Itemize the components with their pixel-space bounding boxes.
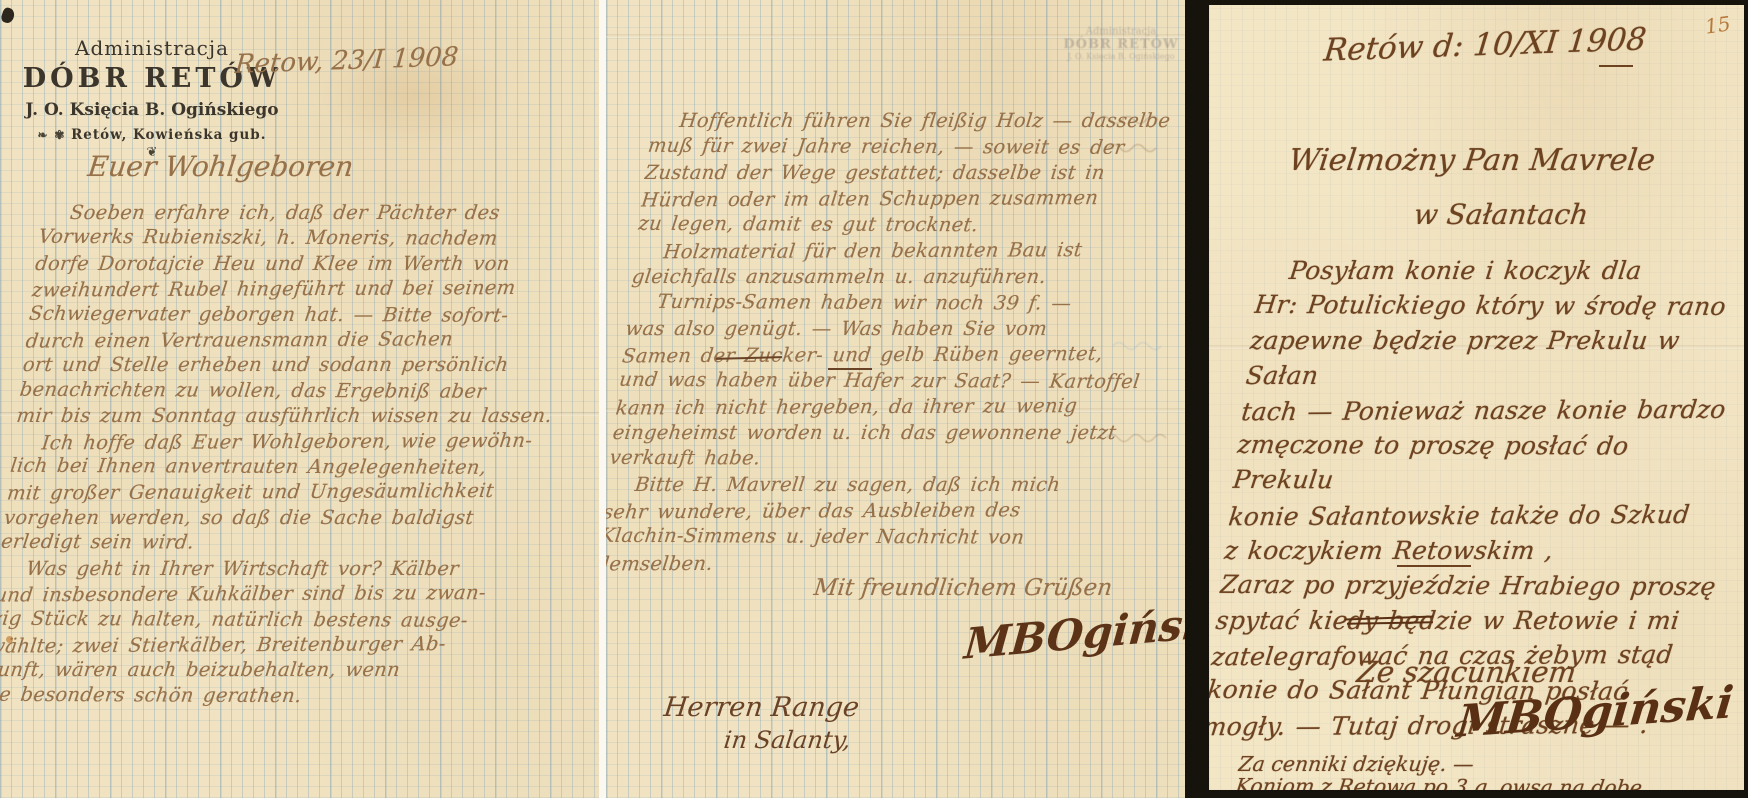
handwritten-line: dorfe Dorotajcie Heu und Klee im Werth v… bbox=[34, 251, 599, 276]
letterhead-address: Retów, Kowieńska gub. bbox=[71, 127, 266, 143]
pencil-page-number: 15 bbox=[1703, 11, 1732, 38]
addressee-place: w Sałantach bbox=[1412, 198, 1590, 231]
handwritten-line: Hürden oder im alten Schuppen zusammen bbox=[640, 185, 1185, 214]
page-right-scan-frame: 15 Retów d: 10/XI 1908 Wielmożny Pan Mav… bbox=[1185, 0, 1748, 798]
letterhead-owner-name: J. O. Księcia B. Ogińskiego bbox=[22, 100, 282, 120]
underline-mark bbox=[1599, 65, 1633, 67]
closing-line: Ze szacunkiem bbox=[1355, 655, 1578, 689]
page-right-letter: 15 Retów d: 10/XI 1908 Wielmożny Pan Mav… bbox=[1209, 5, 1744, 790]
handwritten-line: kunft, wären auch beizubehalten, wenn bbox=[0, 657, 572, 682]
handwritten-line: und was haben über Hafer zur Saat? — Kar… bbox=[618, 367, 1179, 395]
handwritten-line: Vorwerks Rubieniszki, h. Moneris, nachde… bbox=[37, 224, 599, 252]
letter-body: Soeben erfahre ich, daß der Pächter desV… bbox=[0, 200, 599, 708]
addressee-name: Wielmożny Pan Mavrele bbox=[1287, 143, 1657, 178]
handwritten-line: konie Sałantowskie także do Szkud bbox=[1227, 497, 1731, 535]
signature: MBOgiński bbox=[962, 596, 1185, 669]
postscript-line: Koniom z Retowa po 3 g. owsa na dobę bbox=[1234, 775, 1727, 790]
handwritten-line: ort und Stelle erheben und sodann persön… bbox=[21, 352, 599, 377]
handwritten-line: lich bei Ihnen anvertrauten Angelegenhei… bbox=[9, 453, 597, 481]
date-line: Retów d: 10/XI 1908 bbox=[1322, 21, 1648, 68]
letterhead-address-row: ❧ ✾ Retów, Kowieńska gub. bbox=[22, 127, 282, 143]
handwritten-line: Bitte H. Mavrell zu sagen, daß ich mich bbox=[606, 472, 1166, 498]
handwritten-line: gleichfalls anzusammeln u. anzuführen. bbox=[630, 264, 1185, 290]
closing-line: Mit freundlichem Grüßen bbox=[812, 575, 1113, 601]
handwritten-line: Zaraz po przyjeździe Hrabiego proszę bbox=[1218, 567, 1722, 604]
postscript-line: Za cenniki dziękuję. — bbox=[1237, 753, 1730, 776]
ghost-line: DÓBR RETÓW bbox=[1058, 37, 1184, 52]
handwritten-line: zapewne będzie przez Prekulu w Sałan bbox=[1244, 323, 1744, 393]
ornament-flourish-mid: ✾ bbox=[54, 128, 65, 142]
handwritten-line: zweihundert Rubel hingeführt und bei sei… bbox=[31, 275, 599, 303]
handwritten-line: Klachin-Simmens u. jeder Nachricht von bbox=[606, 523, 1160, 551]
handwritten-line: Was geht in Ihrer Wirtschaft vor? Kälber bbox=[0, 556, 585, 581]
date-line: Retow, 23/I 1908 bbox=[234, 42, 460, 80]
handwritten-line: Hoffentlich führen Sie fleißig Holz — da… bbox=[650, 108, 1185, 134]
ghost-line: Administracja bbox=[1058, 26, 1184, 37]
postscript: Za cenniki dziękuję. —Koniom z Retowa po… bbox=[1234, 753, 1730, 790]
handwritten-line: zmęczone to proszę posłać do Prekulu bbox=[1231, 427, 1740, 499]
handwritten-line: durch einen Vertrauensmann die Sachen bbox=[24, 325, 599, 353]
handwritten-line: zu legen, damit es gut trocknet. bbox=[637, 211, 1185, 239]
handwritten-line: Ich hoffe daß Euer Wohlgeboren, wie gewö… bbox=[12, 427, 599, 455]
handwritten-line: sie besonders schön gerathen. bbox=[0, 681, 569, 709]
handwritten-line: mir bis zum Sonntag ausführlich wissen z… bbox=[15, 403, 599, 428]
letter-body: Hoffentlich führen Sie fleißig Holz — da… bbox=[606, 108, 1185, 576]
handwritten-line: verkauft habe. bbox=[608, 445, 1169, 473]
handwritten-line: spytać kiedy będzie w Retowie i mi bbox=[1214, 603, 1718, 638]
handwritten-line: eingeheimst worden u. ich das gewonnene … bbox=[611, 420, 1172, 446]
handwritten-line: Zustand der Wege gestattet; dasselbe ist… bbox=[643, 160, 1185, 186]
handwritten-line: Schwiegervater geborgen hat. — Bitte sof… bbox=[28, 300, 599, 328]
ghost-line: J. O. Księcia B. Ogińskiego bbox=[1058, 52, 1184, 61]
handwritten-line: demselben. bbox=[606, 549, 1157, 578]
ornament-flourish-left: ❧ bbox=[38, 128, 49, 142]
handwritten-line: und insbesondere Kuhkälber sind bis zu z… bbox=[0, 580, 582, 608]
handwritten-line: mit großer Genauigkeit und Ungesäumlichk… bbox=[6, 478, 594, 506]
handwritten-line: tach — Ponieważ nasze konie bardzo bbox=[1240, 392, 1744, 430]
letters-scan: Administracja DÓBR RETÓW J. O. Księcia B… bbox=[0, 0, 1748, 798]
handwritten-line: Hr: Potulickiego który w środę rano bbox=[1253, 287, 1744, 324]
paper-crease bbox=[606, 34, 1185, 38]
handwritten-line: Holzmaterial für den bekannten Bau ist bbox=[633, 237, 1185, 266]
handwritten-line: Turnips-Samen haben wir noch 39 f. — bbox=[627, 289, 1185, 317]
handwritten-line: Posyłam konie i koczyk dla bbox=[1257, 253, 1744, 288]
page-left-letter: Administracja DÓBR RETÓW J. O. Księcia B… bbox=[0, 0, 599, 798]
handwritten-line: wählte; zwei Stierkälber, Breitenburger … bbox=[0, 630, 575, 658]
handwritten-line: was also genügt. — Was haben Sie vom bbox=[624, 316, 1185, 342]
handwritten-line: Samen der Zucker- und gelb Rüben geernte… bbox=[621, 341, 1182, 370]
handwritten-line: muß für zwei Jahre reichen, — soweit es … bbox=[646, 133, 1185, 161]
handwritten-line: sehr wundere, über das Ausbleiben des bbox=[606, 497, 1163, 526]
letterhead-showthrough: Administracja DÓBR RETÓW J. O. Księcia B… bbox=[1058, 26, 1184, 61]
scan-smudge bbox=[0, 7, 16, 25]
salutation: Euer Wohlgeboren bbox=[86, 150, 355, 183]
handwritten-line: zig Stück zu halten, natürlich bestens a… bbox=[0, 605, 578, 633]
handwritten-line: vorgehen werden, so daß die Sache baldig… bbox=[3, 505, 591, 530]
handwritten-line: benachrichten zu wollen, das Ergebniß ab… bbox=[18, 377, 599, 405]
handwritten-line: kann ich nicht hergeben, da ihrer zu wen… bbox=[614, 393, 1175, 422]
page-middle-letter: Administracja DÓBR RETÓW J. O. Księcia B… bbox=[606, 0, 1185, 798]
handwritten-line: Soeben erfahre ich, daß der Pächter des bbox=[40, 200, 599, 225]
addressee-name: Herren Range bbox=[662, 692, 861, 723]
handwritten-line: z koczykiem Retowskim , bbox=[1222, 533, 1726, 568]
addressee-place: in Salanty, bbox=[722, 726, 852, 754]
handwritten-line: erledigt sein wird. bbox=[0, 529, 588, 557]
